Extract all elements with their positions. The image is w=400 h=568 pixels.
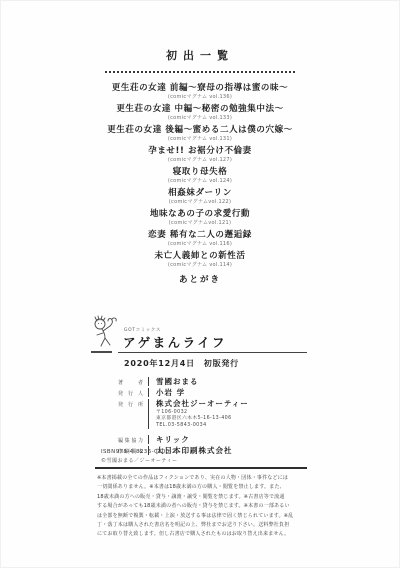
chapter-title: 更生荘の女達 前編〜寮母の指導は蜜の味〜: [0, 83, 400, 93]
list-item: 孕ませ!! お裾分け不倫妻 (comicマグナム vol.127): [0, 146, 400, 163]
list-item: 未亡人義姉との新性活 (comicマグナム vol.114): [0, 251, 400, 268]
chapter-title: 孕ませ!! お裾分け不倫妻: [0, 146, 400, 156]
bottom-divider: [95, 467, 307, 469]
list-item: 更生荘の女達 前編〜寮母の指導は蜜の味〜 (comicマグナム vol.136): [0, 83, 400, 100]
chapter-title: 相姦妹ダーリン: [0, 188, 400, 198]
credit-value: 株式会社ジーオーティー: [156, 399, 249, 408]
chapter-source: (comicマグナム vol.124): [0, 178, 400, 184]
credit-role: 発行所: [118, 399, 143, 408]
chapter-source: (comicマグナム vol.131): [0, 136, 400, 142]
chapter-source: (comicマグナムvol.122): [0, 199, 400, 205]
credit-role: 編集協力: [118, 435, 143, 444]
mascot-doodle-icon: [92, 315, 120, 348]
credit-row-editing: 編集協力 キリック: [118, 435, 318, 444]
list-item: 更生荘の女達 中編〜秘密の勉強集中法〜 (comicマグナム vol.133): [0, 104, 400, 121]
chapter-title: 恋妻 稀有な二人の邂逅録: [0, 230, 400, 240]
credit-value: キリック: [156, 435, 190, 444]
credit-row-publisher-person: 発行人 小岩 学: [118, 388, 318, 397]
credit-role: 著者: [118, 377, 143, 386]
publisher-address: 〒106-0032 東京都港区六本木5-16-13-406 TEL.03-584…: [156, 410, 249, 429]
credit-row-author: 著者 雪國おまる: [118, 377, 318, 386]
list-item: 更生荘の女達 後編〜蜜める二人は僕の穴嫁〜 (comicマグナム vol.131…: [0, 125, 400, 142]
book-title: アゲまんライフ: [123, 333, 227, 351]
disclaimer-line: は全部を無断で複製・転載・上演・放送する事は法律で固く禁じられています。※乱: [97, 512, 306, 521]
edition-date: 2020年12月4日 初版発行: [124, 358, 239, 369]
disclaimer-line: 丁・落丁本は購入された書店名を明記の上、弊社までお送り下さい。送料弊社負担: [97, 521, 306, 530]
chapter-title: 更生荘の女達 中編〜秘密の勉強集中法〜: [0, 104, 400, 114]
credit-role: 発行人: [118, 388, 143, 397]
chapter-title: 未亡人義姉との新性活: [0, 251, 400, 261]
list-item: 地味なあの子の求愛行動 (comicマグナムvol.121): [0, 209, 400, 226]
disclaimer-line: ※本書掲載の全ての作品はフィクションであり、実在の人物・団体・事件などには: [97, 474, 306, 483]
mascot-underline: [91, 351, 112, 353]
colophon-page: 初出一覧 更生荘の女達 前編〜寮母の指導は蜜の味〜 (comicマグナム vol…: [0, 0, 400, 568]
first-publication-list: 更生荘の女達 前編〜寮母の指導は蜜の味〜 (comicマグナム vol.136)…: [0, 83, 400, 289]
disclaimer-block: ※本書掲載の全ての作品はフィクションであり、実在の人物・団体・事件などには 一切…: [97, 474, 306, 540]
chapter-source: (comicマグナム vol.116): [0, 241, 400, 247]
chapter-source: (comicマグナム vol.136): [0, 94, 400, 100]
dotted-divider: [105, 71, 295, 73]
disclaimer-line: にてお取り替え致します。但し古書店で購入されたものはお取り替え出来ません。: [97, 530, 306, 539]
chapter-source: (comicマグナムvol.121): [0, 220, 400, 226]
list-item-afterword: あとがき: [0, 275, 400, 285]
credit-value: 小岩 学: [156, 388, 185, 397]
chapter-title: 寝取り母失格: [0, 167, 400, 177]
disclaimer-line: する場合があっても18歳未満の者への販売・貸与を禁じます。※本書の一部あるい: [97, 502, 306, 511]
chapter-title: 地味なあの子の求愛行動: [0, 209, 400, 219]
title-divider: [118, 352, 307, 353]
isbn: ISBN978-4-8236-0100-2: [101, 449, 176, 455]
disclaimer-line: 一切関係ありません。※本書は18歳未満の方の購入・閲覧を禁止します。また、: [97, 483, 306, 492]
chapter-title: 更生荘の女達 後編〜蜜める二人は僕の穴嫁〜: [0, 125, 400, 135]
copyright: ©雪國おまる／ジーオーティー: [101, 457, 178, 464]
phone-number: TEL.03-5843-0034: [156, 423, 249, 429]
credit-value: 雪國おまる: [156, 377, 199, 386]
list-item: 恋妻 稀有な二人の邂逅録 (comicマグナム vol.116): [0, 230, 400, 247]
credits-table: 著者 雪國おまる 発行人 小岩 学 発行所 株式会社ジーオーティー 〒106-0…: [118, 377, 318, 457]
list-item: 寝取り母失格 (comicマグナム vol.124): [0, 167, 400, 184]
chapter-title: あとがき: [0, 275, 400, 285]
first-publication-heading: 初出一覧: [0, 47, 400, 63]
chapter-source: (comicマグナム vol.127): [0, 157, 400, 163]
list-item: 相姦妹ダーリン (comicマグナムvol.122): [0, 188, 400, 205]
disclaimer-line: 18歳未満の方への販売・貸与・譲渡・譲受・閲覧を禁じます。※古書店等で流通: [97, 493, 306, 502]
chapter-source: (comicマグナム vol.133): [0, 115, 400, 121]
credit-row-publisher: 発行所 株式会社ジーオーティー 〒106-0032 東京都港区六本木5-16-1…: [118, 399, 318, 429]
chapter-source: (comicマグナム vol.114): [0, 262, 400, 268]
